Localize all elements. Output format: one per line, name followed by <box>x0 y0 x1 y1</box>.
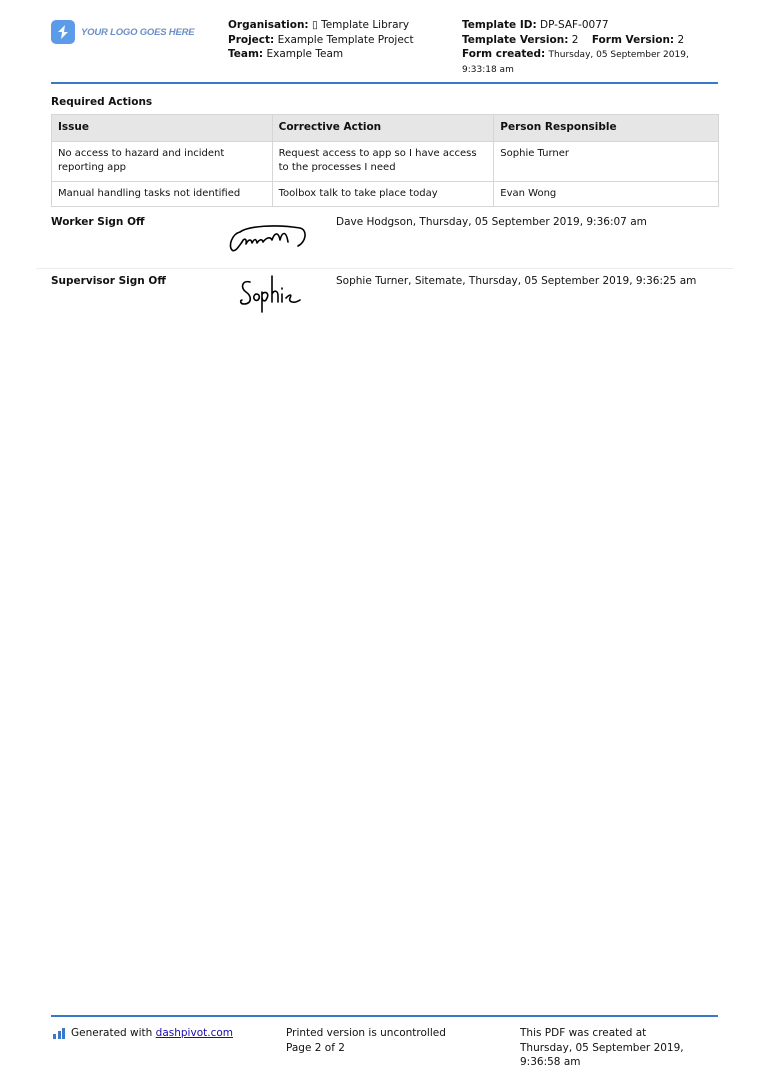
worker-sign-off-details: Dave Hodgson, Thursday, 05 September 201… <box>336 216 647 228</box>
corrective-action-cell: Request access to app so I have access t… <box>272 141 494 181</box>
worker-sign-off-label: Worker Sign Off <box>51 216 145 228</box>
template-version-value: 2 <box>572 34 579 46</box>
column-header-corrective-action: Corrective Action <box>272 115 494 142</box>
form-version-value: 2 <box>677 34 684 46</box>
table-row: No access to hazard and incident reporti… <box>52 141 719 181</box>
version-line: Template Version: 2 Form Version: 2 <box>462 33 718 48</box>
template-id-value: DP-SAF-0077 <box>540 19 609 31</box>
required-actions-title: Required Actions <box>51 96 152 108</box>
logo-text: YOUR LOGO GOES HERE <box>81 27 194 38</box>
supervisor-sign-off-label: Supervisor Sign Off <box>51 275 166 287</box>
form-created-line: Form created: Thursday, 05 September 201… <box>462 47 718 63</box>
organisation-value: ▯ Template Library <box>312 19 409 31</box>
dashpivot-logo-icon <box>53 1028 65 1039</box>
page-header: YOUR LOGO GOES HERE Organisation: ▯ Temp… <box>51 18 718 78</box>
generated-with: Generated with dashpivot.com <box>51 1026 233 1041</box>
organisation-line: Organisation: ▯ Template Library <box>228 18 414 33</box>
issue-cell: Manual handling tasks not identified <box>52 181 273 207</box>
column-header-person-responsible: Person Responsible <box>494 115 719 142</box>
uncontrolled-notice: Printed version is uncontrolled <box>286 1026 446 1041</box>
supervisor-sign-off-details: Sophie Turner, Sitemate, Thursday, 05 Se… <box>336 275 696 287</box>
pdf-created: This PDF was created at Thursday, 05 Sep… <box>520 1026 684 1070</box>
print-notice: Printed version is uncontrolled Page 2 o… <box>286 1026 446 1055</box>
company-logo: YOUR LOGO GOES HERE <box>51 20 194 44</box>
issue-cell: No access to hazard and incident reporti… <box>52 141 273 181</box>
supervisor-sign-off: Supervisor Sign Off Sophie Turner, Sitem… <box>36 275 733 320</box>
dashpivot-link[interactable]: dashpivot.com <box>156 1026 233 1041</box>
footer-divider <box>51 1015 718 1017</box>
table-header-row: Issue Corrective Action Person Responsib… <box>52 115 719 142</box>
project-value: Example Template Project <box>278 34 414 46</box>
required-actions-table: Issue Corrective Action Person Responsib… <box>51 114 719 207</box>
logo-icon <box>51 20 75 44</box>
form-created-time: 9:33:18 am <box>462 63 718 78</box>
person-responsible-cell: Evan Wong <box>494 181 719 207</box>
project-line: Project: Example Template Project <box>228 33 414 48</box>
form-created-value: Thursday, 05 September 2019, <box>549 50 689 60</box>
template-meta: Template ID: DP-SAF-0077 Template Versio… <box>462 18 718 77</box>
supervisor-signature-image <box>236 274 320 318</box>
table-row: Manual handling tasks not identified Too… <box>52 181 719 207</box>
sign-off-divider <box>36 268 733 269</box>
template-id-line: Template ID: DP-SAF-0077 <box>462 18 718 33</box>
person-responsible-cell: Sophie Turner <box>494 141 719 181</box>
corrective-action-cell: Toolbox talk to take place today <box>272 181 494 207</box>
header-divider <box>51 82 718 84</box>
team-value: Example Team <box>266 48 343 60</box>
team-line: Team: Example Team <box>228 47 414 62</box>
column-header-issue: Issue <box>52 115 273 142</box>
project-meta: Organisation: ▯ Template Library Project… <box>228 18 414 62</box>
page-number: Page 2 of 2 <box>286 1041 446 1056</box>
worker-sign-off: Worker Sign Off Dave Hodgson, Thursday, … <box>36 216 733 266</box>
worker-signature-image <box>226 220 310 260</box>
